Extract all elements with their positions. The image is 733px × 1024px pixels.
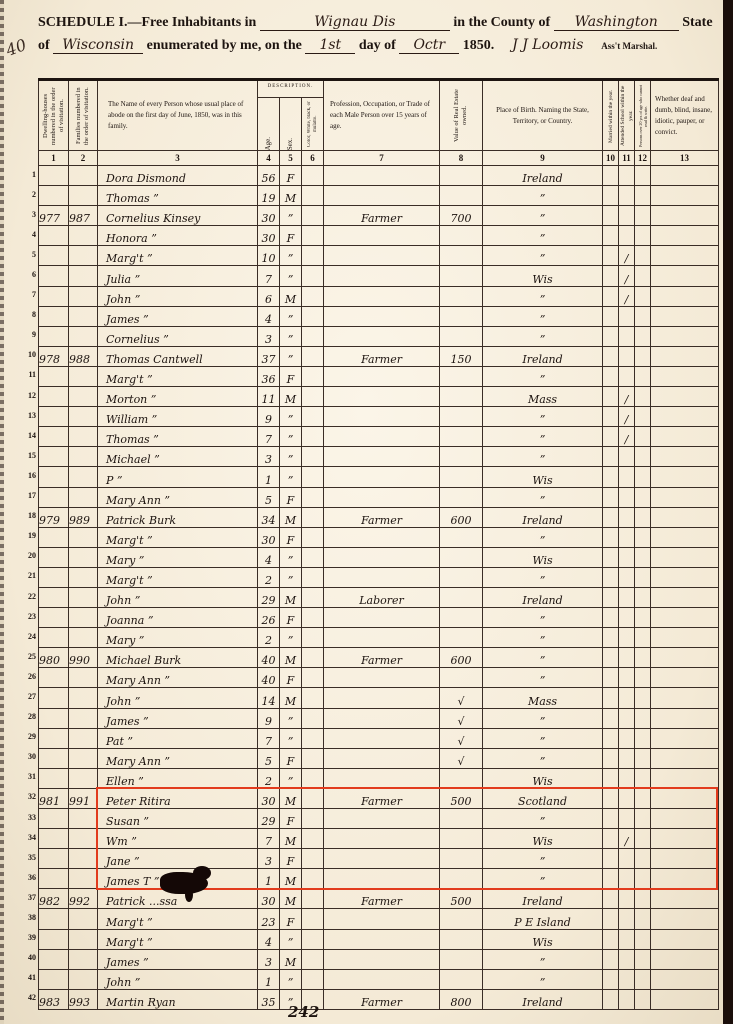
occupation-cell: [324, 166, 440, 186]
married-within-year-cell: [603, 889, 619, 909]
col-num: 4: [258, 151, 280, 166]
cannot-read-write-cell: [635, 587, 651, 607]
col-num: 2: [69, 151, 98, 166]
remarks-cell: [651, 487, 719, 507]
real-estate-value-cell: [440, 969, 483, 989]
cannot-read-write-cell: [635, 407, 651, 427]
cannot-read-write-cell: [635, 366, 651, 386]
dwelling-number-cell: [39, 668, 69, 688]
birthplace-cell: ”: [483, 869, 603, 889]
married-within-year-cell: [603, 829, 619, 849]
married-within-year-cell: [603, 387, 619, 407]
line-number: 33: [20, 813, 36, 822]
dwelling-number-cell: 982: [39, 889, 69, 909]
married-within-year-cell: [603, 527, 619, 547]
age-cell: 4: [258, 929, 280, 949]
table-row: Mary Ann ”5F”: [39, 487, 719, 507]
state-field: Wisconsin: [53, 37, 143, 54]
real-estate-value-cell: [440, 407, 483, 427]
col-header-occupation: Profession, Occupation, or Trade of each…: [324, 80, 440, 151]
line-number: 12: [20, 391, 36, 400]
attended-school-cell: /: [619, 427, 635, 447]
occupation-cell: [324, 286, 440, 306]
attended-school-cell: [619, 889, 635, 909]
age-cell: 7: [258, 728, 280, 748]
col-num: 13: [651, 151, 719, 166]
line-number: 22: [20, 592, 36, 601]
attended-school-cell: [619, 567, 635, 587]
line-number: 5: [20, 250, 36, 259]
birthplace-cell: ”: [483, 246, 603, 266]
line-number: 14: [20, 431, 36, 440]
sex-cell: M: [280, 688, 302, 708]
occupation-cell: [324, 306, 440, 326]
person-name-cell: Pat ”: [98, 728, 258, 748]
occupation-cell: [324, 487, 440, 507]
table-row: John ”6M”/: [39, 286, 719, 306]
color-cell: [302, 648, 324, 668]
family-number-cell: [69, 306, 98, 326]
real-estate-value-cell: [440, 949, 483, 969]
person-name-cell: John ”: [98, 688, 258, 708]
ink-blot: [185, 888, 193, 902]
dwelling-number-cell: [39, 869, 69, 889]
attended-school-cell: [619, 849, 635, 869]
attended-school-cell: /: [619, 829, 635, 849]
age-cell: 29: [258, 809, 280, 829]
col-header-sex: Sex.: [280, 98, 302, 150]
remarks-cell: [651, 829, 719, 849]
person-name-cell: Jane ”: [98, 849, 258, 869]
married-within-year-cell: [603, 366, 619, 386]
table-row: Thomas ”7””/: [39, 427, 719, 447]
line-number: 3: [20, 210, 36, 219]
remarks-cell: [651, 467, 719, 487]
dwelling-number-cell: [39, 567, 69, 587]
remarks-cell: [651, 286, 719, 306]
cannot-read-write-cell: [635, 246, 651, 266]
dwelling-number-cell: [39, 929, 69, 949]
table-row: Marg't ”4”Wis: [39, 929, 719, 949]
age-cell: 7: [258, 829, 280, 849]
census-body: Dora Dismond56FIrelandThomas ”19M”977987…: [39, 166, 719, 1010]
sex-cell: ”: [280, 266, 302, 286]
married-within-year-cell: [603, 929, 619, 949]
age-cell: 34: [258, 507, 280, 527]
sex-cell: M: [280, 186, 302, 206]
table-row: William ”9””/: [39, 407, 719, 427]
married-within-year-cell: [603, 166, 619, 186]
remarks-cell: [651, 166, 719, 186]
married-within-year-cell: [603, 447, 619, 467]
sex-cell: M: [280, 788, 302, 808]
sex-cell: M: [280, 648, 302, 668]
cannot-read-write-cell: [635, 326, 651, 346]
married-within-year-cell: [603, 467, 619, 487]
color-cell: [302, 206, 324, 226]
col-header-school: Attended School within the year.: [619, 80, 635, 151]
person-name-cell: Joanna ”: [98, 608, 258, 628]
remarks-cell: [651, 969, 719, 989]
table-row: Marg't ”36F”: [39, 366, 719, 386]
line-number: 34: [20, 833, 36, 842]
real-estate-value-cell: [440, 929, 483, 949]
age-cell: 4: [258, 306, 280, 326]
dwelling-number-cell: [39, 487, 69, 507]
cannot-read-write-cell: [635, 467, 651, 487]
color-cell: [302, 447, 324, 467]
table-row: Wm ”7MWis/: [39, 829, 719, 849]
attended-school-cell: [619, 346, 635, 366]
occupation-cell: [324, 768, 440, 788]
sex-cell: F: [280, 608, 302, 628]
dwelling-number-cell: 978: [39, 346, 69, 366]
line-number: 4: [20, 230, 36, 239]
color-cell: [302, 889, 324, 909]
table-row: Julia ”7”Wis/: [39, 266, 719, 286]
color-cell: [302, 387, 324, 407]
attended-school-cell: [619, 587, 635, 607]
color-cell: [302, 407, 324, 427]
remarks-cell: [651, 447, 719, 467]
age-cell: 10: [258, 246, 280, 266]
age-cell: 36: [258, 366, 280, 386]
married-within-year-cell: [603, 969, 619, 989]
attended-school-cell: [619, 648, 635, 668]
birthplace-cell: ”: [483, 648, 603, 668]
sex-cell: F: [280, 166, 302, 186]
sex-cell: F: [280, 527, 302, 547]
color-cell: [302, 366, 324, 386]
table-row: James T ”1M”: [39, 869, 719, 889]
birthplace-cell: Ireland: [483, 507, 603, 527]
attended-school-cell: [619, 326, 635, 346]
table-row: Joanna ”26F”: [39, 608, 719, 628]
age-cell: 14: [258, 688, 280, 708]
dwelling-number-cell: [39, 628, 69, 648]
real-estate-value-cell: 600: [440, 648, 483, 668]
table-row: Honora ”30F”: [39, 226, 719, 246]
color-cell: [302, 668, 324, 688]
color-cell: [302, 587, 324, 607]
occupation-cell: [324, 668, 440, 688]
schedule-label: SCHEDULE I.—Free Inhabitants in: [38, 15, 256, 30]
sex-cell: F: [280, 668, 302, 688]
col-header-color: Color, White, black, or mulatto.: [302, 98, 323, 150]
table-row: 981991Peter Ritira30MFarmer500Scotland: [39, 788, 719, 808]
dwelling-number-cell: [39, 688, 69, 708]
real-estate-value-cell: 600: [440, 507, 483, 527]
line-number: 40: [20, 953, 36, 962]
schedule-header-line-1: SCHEDULE I.—Free Inhabitants in Wignau D…: [38, 14, 713, 31]
color-cell: [302, 527, 324, 547]
marshal-signature: J J Loomis: [498, 37, 598, 53]
remarks-cell: [651, 326, 719, 346]
table-row: Jane ”3F”: [39, 849, 719, 869]
line-number: 29: [20, 732, 36, 741]
age-cell: 19: [258, 186, 280, 206]
sex-cell: M: [280, 587, 302, 607]
person-name-cell: Cornelius ”: [98, 326, 258, 346]
real-estate-value-cell: [440, 809, 483, 829]
married-within-year-cell: [603, 346, 619, 366]
age-cell: 37: [258, 346, 280, 366]
color-cell: [302, 748, 324, 768]
table-row: 983993Martin Ryan35”Farmer800Ireland: [39, 989, 719, 1009]
remarks-cell: [651, 849, 719, 869]
attended-school-cell: [619, 728, 635, 748]
color-cell: [302, 809, 324, 829]
age-cell: 23: [258, 909, 280, 929]
state-label: State: [682, 15, 712, 30]
attended-school-cell: [619, 929, 635, 949]
occupation-cell: [324, 547, 440, 567]
col-header-age: Age.: [258, 98, 280, 150]
cannot-read-write-cell: [635, 809, 651, 829]
person-name-cell: Thomas Cantwell: [98, 346, 258, 366]
occupation-cell: [324, 969, 440, 989]
sex-cell: F: [280, 366, 302, 386]
dwelling-number-cell: 977: [39, 206, 69, 226]
occupation-cell: Farmer: [324, 889, 440, 909]
age-cell: 30: [258, 206, 280, 226]
person-name-cell: James ”: [98, 306, 258, 326]
birthplace-cell: Ireland: [483, 989, 603, 1009]
occupation-cell: [324, 407, 440, 427]
age-cell: 7: [258, 266, 280, 286]
line-number: 25: [20, 652, 36, 661]
sex-cell: ”: [280, 969, 302, 989]
sex-cell: M: [280, 869, 302, 889]
married-within-year-cell: [603, 507, 619, 527]
cannot-read-write-cell: [635, 447, 651, 467]
occupation-cell: [324, 628, 440, 648]
color-cell: [302, 728, 324, 748]
attended-school-cell: [619, 768, 635, 788]
attended-school-cell: [619, 748, 635, 768]
person-name-cell: Mary Ann ”: [98, 487, 258, 507]
occupation-cell: [324, 728, 440, 748]
sex-cell: ”: [280, 326, 302, 346]
line-number: 8: [20, 310, 36, 319]
family-number-cell: 989: [69, 507, 98, 527]
occupation-cell: [324, 186, 440, 206]
birthplace-cell: Wis: [483, 929, 603, 949]
dwelling-number-cell: 980: [39, 648, 69, 668]
birthplace-cell: ”: [483, 206, 603, 226]
married-within-year-cell: [603, 306, 619, 326]
birthplace-cell: ”: [483, 668, 603, 688]
married-within-year-cell: [603, 788, 619, 808]
table-row: Marg't ”10””/: [39, 246, 719, 266]
remarks-cell: [651, 748, 719, 768]
color-cell: [302, 829, 324, 849]
dwelling-number-cell: 981: [39, 788, 69, 808]
remarks-cell: [651, 186, 719, 206]
cannot-read-write-cell: [635, 186, 651, 206]
remarks-cell: [651, 869, 719, 889]
real-estate-value-cell: [440, 447, 483, 467]
family-number-cell: [69, 467, 98, 487]
real-estate-value-cell: 700: [440, 206, 483, 226]
age-cell: 2: [258, 567, 280, 587]
birthplace-cell: P E Island: [483, 909, 603, 929]
remarks-cell: [651, 346, 719, 366]
cannot-read-write-cell: [635, 668, 651, 688]
line-number: 17: [20, 491, 36, 500]
sex-cell: ”: [280, 547, 302, 567]
birthplace-cell: ”: [483, 849, 603, 869]
person-name-cell: Patrick Burk: [98, 507, 258, 527]
sex-cell: M: [280, 949, 302, 969]
person-name-cell: William ”: [98, 407, 258, 427]
dwelling-number-cell: [39, 306, 69, 326]
person-name-cell: James ”: [98, 949, 258, 969]
dwelling-number-cell: [39, 226, 69, 246]
remarks-cell: [651, 306, 719, 326]
attended-school-cell: [619, 949, 635, 969]
person-name-cell: Ellen ”: [98, 768, 258, 788]
married-within-year-cell: [603, 487, 619, 507]
col-header-family: Families numbered in the order of visita…: [69, 80, 98, 151]
remarks-cell: [651, 809, 719, 829]
remarks-cell: [651, 768, 719, 788]
occupation-cell: [324, 608, 440, 628]
col-header-illiterate: Persons over 20 yrs of age who cannot re…: [635, 80, 651, 151]
cannot-read-write-cell: [635, 346, 651, 366]
line-number: 30: [20, 752, 36, 761]
age-cell: 2: [258, 768, 280, 788]
attended-school-cell: [619, 668, 635, 688]
line-number: 28: [20, 712, 36, 721]
birthplace-cell: ”: [483, 628, 603, 648]
age-cell: 3: [258, 447, 280, 467]
table-row: Morton ”11MMass/: [39, 387, 719, 407]
attended-school-cell: /: [619, 387, 635, 407]
color-cell: [302, 427, 324, 447]
sex-cell: F: [280, 226, 302, 246]
dwelling-number-cell: [39, 909, 69, 929]
real-estate-value-cell: √: [440, 688, 483, 708]
dwelling-number-cell: [39, 728, 69, 748]
sex-cell: ”: [280, 728, 302, 748]
birthplace-cell: Mass: [483, 387, 603, 407]
table-row: Mary ”2””: [39, 628, 719, 648]
attended-school-cell: [619, 487, 635, 507]
occupation-cell: [324, 567, 440, 587]
family-number-cell: [69, 447, 98, 467]
color-cell: [302, 788, 324, 808]
age-cell: 3: [258, 326, 280, 346]
sex-cell: ”: [280, 567, 302, 587]
family-number-cell: [69, 527, 98, 547]
line-number: 39: [20, 933, 36, 942]
occupation-cell: [324, 869, 440, 889]
dwelling-number-cell: [39, 366, 69, 386]
cannot-read-write-cell: [635, 427, 651, 447]
dwelling-number-cell: [39, 608, 69, 628]
table-row: 980990Michael Burk40MFarmer600”: [39, 648, 719, 668]
married-within-year-cell: [603, 989, 619, 1009]
color-cell: [302, 929, 324, 949]
family-number-cell: [69, 708, 98, 728]
sex-cell: F: [280, 748, 302, 768]
married-within-year-cell: [603, 226, 619, 246]
family-number-cell: 990: [69, 648, 98, 668]
month-field: Octr: [399, 37, 459, 54]
real-estate-value-cell: 500: [440, 889, 483, 909]
color-cell: [302, 708, 324, 728]
family-number-cell: [69, 487, 98, 507]
family-number-cell: [69, 186, 98, 206]
person-name-cell: Marg't ”: [98, 527, 258, 547]
person-name-cell: James ”: [98, 708, 258, 728]
col-num: 12: [635, 151, 651, 166]
sex-cell: M: [280, 889, 302, 909]
occupation-cell: [324, 829, 440, 849]
marshal-title: Ass't Marshal.: [601, 41, 657, 51]
dwelling-number-cell: [39, 768, 69, 788]
person-name-cell: Morton ”: [98, 387, 258, 407]
family-number-cell: [69, 748, 98, 768]
family-number-cell: [69, 226, 98, 246]
line-number: 2: [20, 190, 36, 199]
occupation-cell: [324, 246, 440, 266]
dwelling-number-cell: [39, 407, 69, 427]
line-number: 7: [20, 290, 36, 299]
attended-school-cell: [619, 708, 635, 728]
married-within-year-cell: [603, 326, 619, 346]
dwelling-number-cell: [39, 326, 69, 346]
dwelling-number-cell: [39, 708, 69, 728]
occupation-cell: [324, 909, 440, 929]
person-name-cell: Julia ”: [98, 266, 258, 286]
col-num: 8: [440, 151, 483, 166]
birthplace-cell: ”: [483, 427, 603, 447]
family-number-cell: [69, 809, 98, 829]
married-within-year-cell: [603, 748, 619, 768]
sex-cell: F: [280, 909, 302, 929]
birthplace-cell: Scotland: [483, 788, 603, 808]
column-header-row: Dwelling-houses numbered in the order of…: [39, 80, 719, 151]
col-num: 7: [324, 151, 440, 166]
person-name-cell: Mary Ann ”: [98, 668, 258, 688]
family-number-cell: [69, 969, 98, 989]
color-cell: [302, 688, 324, 708]
dwelling-number-cell: 979: [39, 507, 69, 527]
cannot-read-write-cell: [635, 567, 651, 587]
occupation-cell: Farmer: [324, 648, 440, 668]
family-number-cell: [69, 366, 98, 386]
dwelling-number-cell: [39, 849, 69, 869]
family-number-cell: [69, 547, 98, 567]
col-num: 6: [302, 151, 324, 166]
age-cell: 9: [258, 407, 280, 427]
occupation-cell: [324, 326, 440, 346]
family-number-cell: [69, 407, 98, 427]
occupation-cell: [324, 387, 440, 407]
family-number-cell: 993: [69, 989, 98, 1009]
family-number-cell: [69, 567, 98, 587]
attended-school-cell: [619, 688, 635, 708]
real-estate-value-cell: [440, 487, 483, 507]
col-num: 5: [280, 151, 302, 166]
ink-blot: [193, 866, 211, 880]
attended-school-cell: /: [619, 286, 635, 306]
birthplace-cell: ”: [483, 447, 603, 467]
real-estate-value-cell: [440, 547, 483, 567]
birthplace-cell: ”: [483, 306, 603, 326]
